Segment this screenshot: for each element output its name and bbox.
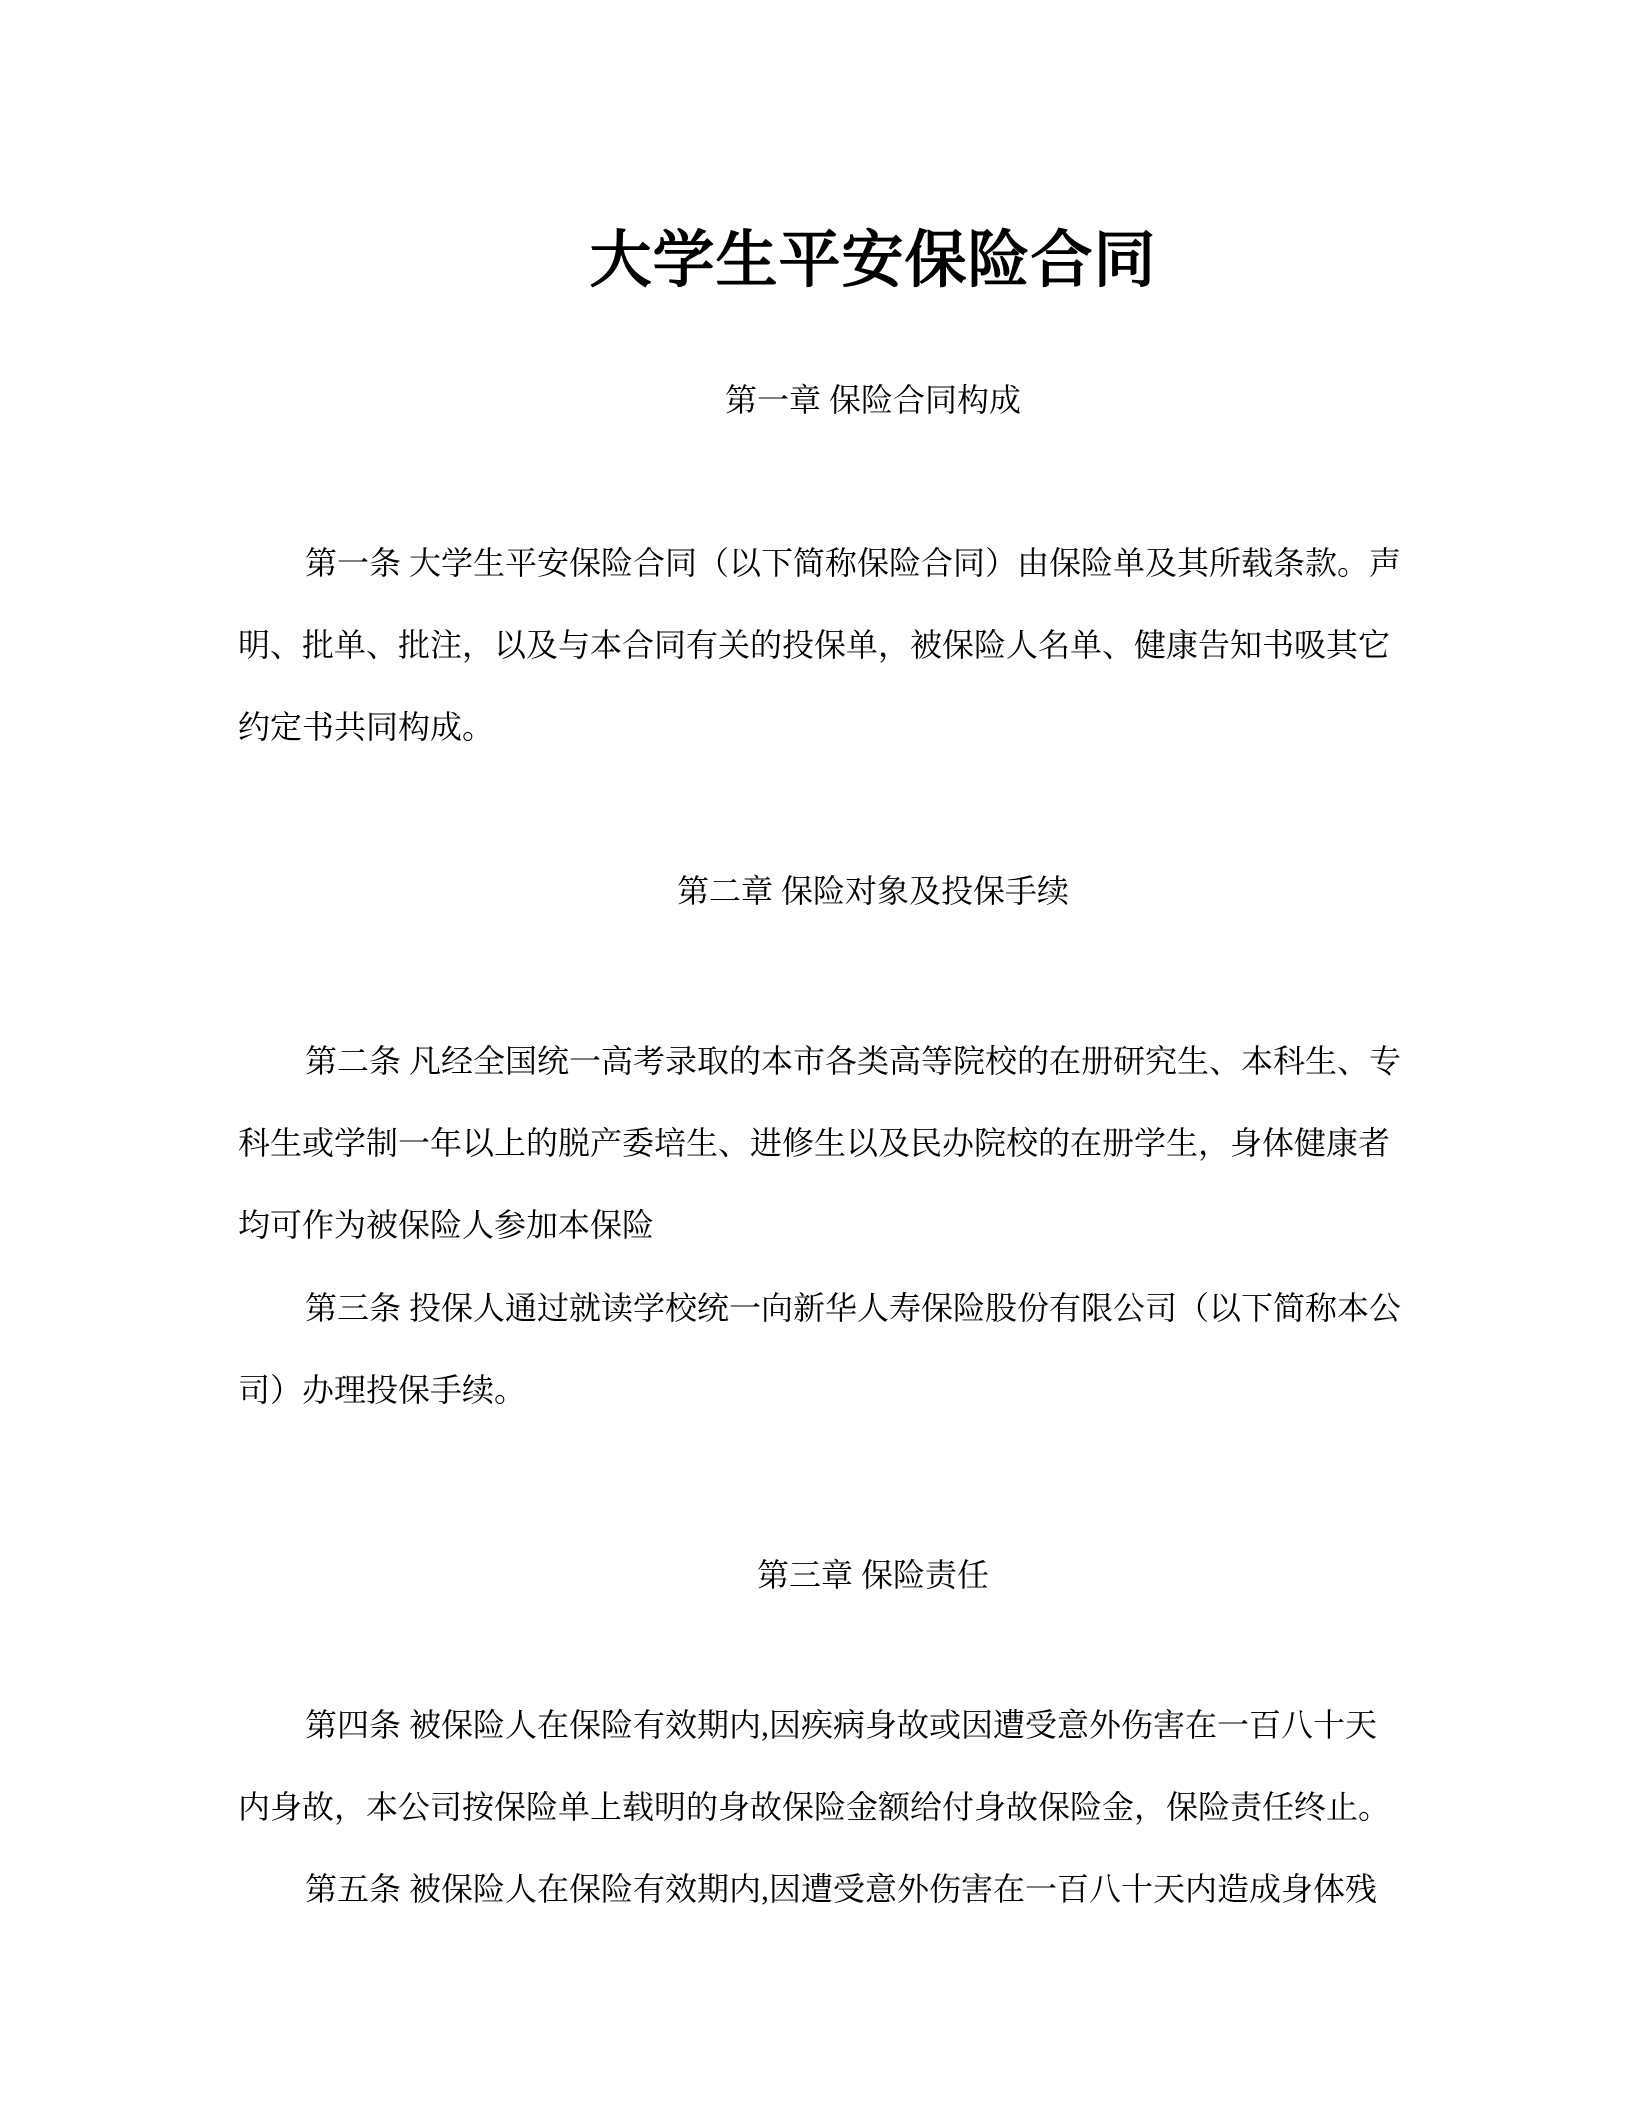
text-line: 第二条 凡经全国统一高考录取的本市各类高等院校的在册研究生、本科生、专 [238,1020,1428,1102]
text-line: 科生或学制一年以上的脱产委培生、进修生以及民办院校的在册学生，身体健康者 [238,1102,1428,1184]
paragraph-article-5: 第五条 被保险人在保险有效期内,因遭受意外伤害在一百八十天内造成身体残 [238,1848,1428,1930]
text-line: 第四条 被保险人在保险有效期内,因疾病身故或因遭受意外伤害在一百八十天 [238,1684,1428,1766]
chapter-heading-3: 第三章 保险责任 [238,1534,1428,1616]
paragraph-article-4: 第四条 被保险人在保险有效期内,因疾病身故或因遭受意外伤害在一百八十天 内身故，… [238,1684,1428,1848]
text-line: 司）办理投保手续。 [238,1349,1428,1431]
paragraph-article-3: 第三条 投保人通过就读学校统一向新华人寿保险股份有限公司（以下简称本公 司）办理… [238,1267,1428,1431]
text-line: 第一条 大学生平安保险合同（以下简称保险合同）由保险单及其所载条款。声 [238,522,1428,604]
text-line: 明、批单、批注，以及与本合同有关的投保单，被保险人名单、健康告知书吸其它 [238,604,1428,686]
text-line: 约定书共同构成。 [238,686,1428,768]
document-content: 大学生平安保险合同 第一章 保险合同构成 第一条 大学生平安保险合同（以下简称保… [238,228,1428,1930]
text-line: 内身故，本公司按保险单上载明的身故保险金额给付身故保险金，保险责任终止。 [238,1766,1428,1848]
text-line: 第三条 投保人通过就读学校统一向新华人寿保险股份有限公司（以下简称本公 [238,1267,1428,1349]
text-line: 第五条 被保险人在保险有效期内,因遭受意外伤害在一百八十天内造成身体残 [238,1848,1428,1930]
chapter-heading-2: 第二章 保险对象及投保手续 [238,850,1428,932]
chapter-heading-1: 第一章 保险合同构成 [238,359,1428,441]
paragraph-article-1: 第一条 大学生平安保险合同（以下简称保险合同）由保险单及其所载条款。声 明、批单… [238,522,1428,768]
document-page: 大学生平安保险合同 第一章 保险合同构成 第一条 大学生平安保险合同（以下简称保… [0,0,1632,2112]
text-line: 均可作为被保险人参加本保险 [238,1184,1428,1266]
page-title: 大学生平安保险合同 [238,228,1428,294]
paragraph-article-2: 第二条 凡经全国统一高考录取的本市各类高等院校的在册研究生、本科生、专 科生或学… [238,1020,1428,1266]
